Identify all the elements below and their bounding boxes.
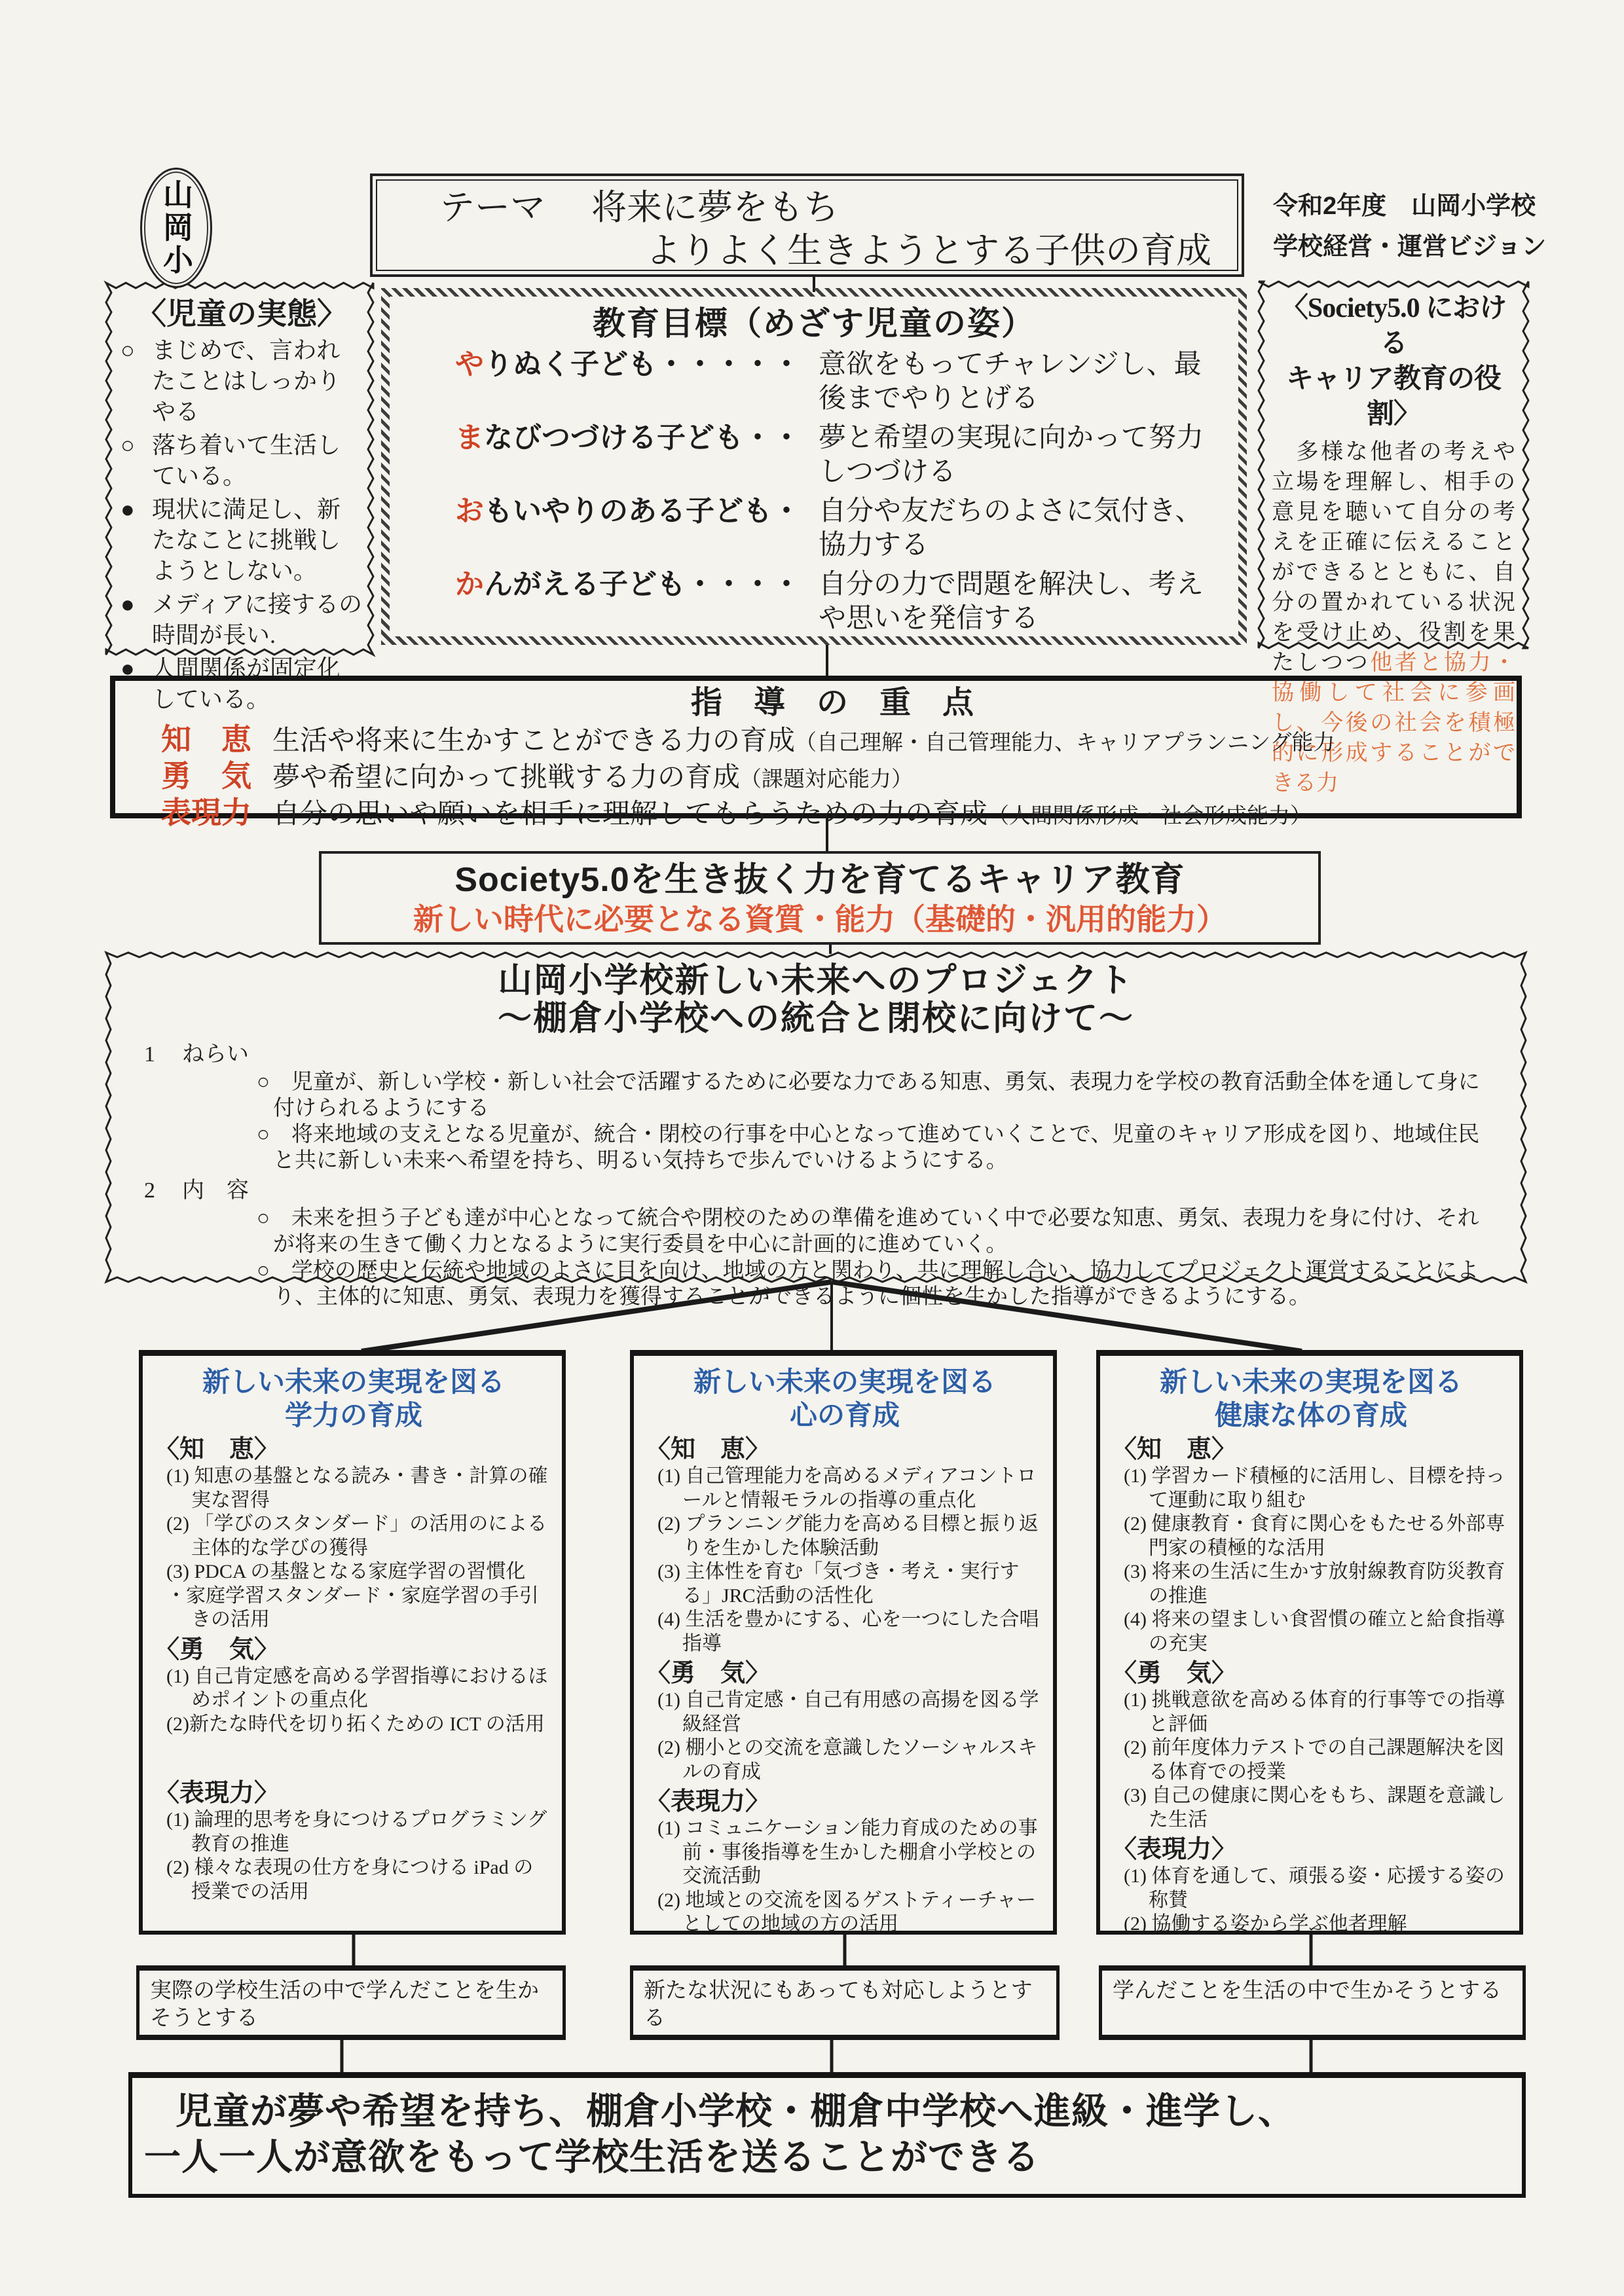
column-item: (1) 体育を通して、頑張る姿・応援する姿の称賛	[1112, 1865, 1510, 1912]
priority-main: 自分の思いや願いを相手に理解してもらうための力の育成	[272, 799, 987, 829]
goal-description: 意欲をもってチャレンジし、最後までやりとげる	[819, 348, 1238, 416]
final-goal-line2: 一人一人が意欲をもって学校生活を送ることができる	[144, 2134, 1509, 2180]
final-goal-line1: 児童が夢や希望を持ち、棚倉小学校・棚倉中学校へ進級・進学し、	[144, 2088, 1509, 2134]
section-number: 2	[144, 1176, 182, 1205]
project-title-line2: ～棚倉小学校への統合と閉校に向けて～	[132, 1000, 1500, 1038]
priority-note: （人間関係形成・社会形成能力）	[987, 805, 1312, 828]
future-project-box: 山岡小学校新しい未来へのプロジェクト ～棚倉小学校への統合と閉校に向けて～ 1ね…	[106, 953, 1526, 1282]
column-item: (2) プランニング能力を高める目標と振り返りを生かした体験活動	[646, 1512, 1044, 1560]
section-head-courage: 〈勇 気〉	[155, 1635, 553, 1665]
goal-initial: ま	[455, 422, 484, 454]
theme-label: テーマ	[439, 188, 545, 227]
career-education-band: Society5.0を生き抜く力を育てるキャリア教育 新しい時代に必要となる資質…	[319, 851, 1321, 945]
column-item: (1) 知恵の基盤となる読み・書き・計算の確実な習得	[155, 1465, 553, 1512]
circle-bullet: ○	[120, 335, 152, 366]
project-section2-head: 2内 容	[132, 1176, 1500, 1205]
column-item: (2) 様々な表現の仕方を身につける iPad の授業での活用	[155, 1856, 553, 1904]
priority-label-expression: 表現力	[161, 796, 272, 829]
section-head-wisdom: 〈知 恵〉	[155, 1434, 553, 1465]
masthead: 令和2年度 山岡小学校 学校経営・運営ビジョン	[1273, 186, 1555, 267]
column-item: (3) 自己の健康に関心をもち、課題を意識した生活	[1112, 1784, 1510, 1832]
goal-name: やりぬく子ども・・・・・	[455, 348, 819, 416]
column-item: (3) 将来の生活に生かす放射線教育防災教育の推進	[1112, 1560, 1510, 1608]
priority-row: 表現力 自分の思いや願いを相手に理解してもらうための力の育成（人間関係形成・社会…	[161, 796, 1504, 833]
theme-line1: テーマ将来に夢をもち	[377, 186, 1237, 229]
student-reality-item-text: メディアに接するの時間が長い.	[152, 591, 362, 648]
school-emblem-text: 山岡小	[155, 179, 198, 277]
column-item: (4) 生活を豊かにする、心を一つにした合唱指導	[646, 1608, 1044, 1656]
outcome-box-academic: 実際の学校生活の中で学んだことを生かそうとする	[136, 1965, 566, 2040]
priority-main: 生活や将来に生かすことができる力の育成	[272, 726, 795, 756]
column-item: (3) 主体性を育む「気づき・考え・実行する」JRC活動の活性化	[646, 1560, 1044, 1608]
student-reality-item-text: 落ち着いて生活している。	[152, 432, 341, 489]
masthead-year-school: 令和2年度 山岡小学校	[1273, 186, 1555, 227]
education-goals-inner: 教育目標（めざす児童の姿） やりぬく子ども・・・・・ 意欲をもってチャレンジし、…	[390, 297, 1238, 636]
column-item: (3) PDCA の基盤となる家庭学習の習慣化	[155, 1560, 553, 1584]
column-item: (2) 協働する姿から学ぶ他者理解	[1112, 1912, 1510, 1937]
society5-role-title: 〈Society5.0 における キャリア教育の役割〉	[1272, 291, 1515, 432]
theme-line2: よりよく生きようとする子供の育成	[377, 229, 1237, 272]
section-number: 1	[144, 1040, 182, 1069]
school-emblem-logo: 山岡小	[140, 168, 212, 288]
dot-bullet: ●	[120, 589, 152, 620]
section-head-wisdom: 〈知 恵〉	[1112, 1434, 1510, 1465]
column-item: (1) 自己肯定感・自己有用感の高揚を図る学級経営	[646, 1688, 1044, 1736]
column-title-line2: 健康な体の育成	[1112, 1398, 1510, 1432]
column-item: (1) コミュニケーション能力育成のための事前・事後指導を生かした棚倉小学校との…	[646, 1817, 1044, 1889]
priority-row: 知 恵 生活や将来に生かすことができる力の育成（自己理解・自己管理能力、キャリア…	[161, 723, 1504, 759]
section-head-expression: 〈表現力〉	[155, 1778, 553, 1808]
column-title: 新しい未来の実現を図る 学力の育成	[155, 1365, 553, 1432]
vision-document-page: 山岡小 テーマ将来に夢をもち よりよく生きようとする子供の育成 令和2年度 山岡…	[0, 0, 1624, 2296]
goal-name-rest: りぬく子ども・・・・・	[484, 348, 801, 380]
outcome-box-heart: 新たな状況にもあっても対応しようとする	[630, 1965, 1060, 2040]
society5-role-title-line1: 〈Society5.0 における	[1272, 291, 1515, 361]
column-title-line1: 新しい未来の実現を図る	[155, 1365, 553, 1398]
project-content-item: ○ 学校の歴史と伝統や地域のよさに目を向け、地域の方と関わり、共に理解し合い、協…	[132, 1258, 1500, 1310]
column-item: (4) 将来の望ましい食習慣の確立と給食指導の充実	[1112, 1608, 1510, 1656]
column-item: ・家庭学習スタンダード・家庭学習の手引きの活用	[155, 1584, 553, 1632]
society5-role-box: 〈Society5.0 における キャリア教育の役割〉 多様な他者の考えや立場を…	[1259, 282, 1528, 648]
final-goal-banner: 児童が夢や希望を持ち、棚倉小学校・棚倉中学校へ進級・進学し、 一人一人が意欲をも…	[128, 2072, 1526, 2198]
section-head-courage: 〈勇 気〉	[646, 1658, 1044, 1688]
priority-main: 夢や希望に向かって挑戦する力の育成	[272, 763, 740, 793]
column-heart-development: 新しい未来の実現を図る 心の育成 〈知 恵〉 (1) 自己管理能力を高めるメディ…	[630, 1350, 1057, 1935]
student-reality-item: ●メディアに接するの時間が長い.	[120, 589, 363, 651]
column-item: (2) 健康教育・食育に関心をもたせる外部専門家の積極的な活用	[1112, 1512, 1510, 1560]
theme-line1-text: 将来に夢をもち	[591, 188, 839, 227]
column-item: (1) 挑戦意欲を高める体育的行事等での指導と評価	[1112, 1688, 1510, 1736]
student-reality-item: ○落ち着いて生活している。	[120, 430, 363, 492]
priority-text: 自分の思いや願いを相手に理解してもらうための力の育成（人間関係形成・社会形成能力…	[272, 798, 1312, 833]
priority-note: （課題対応能力）	[740, 768, 913, 792]
project-content-item: ○ 未来を担う子ども達が中心となって統合や閉校のための準備を進めていく中で必要な…	[132, 1205, 1500, 1258]
goal-row: やりぬく子ども・・・・・ 意欲をもってチャレンジし、最後までやりとげる	[390, 348, 1238, 416]
column-title-line1: 新しい未来の実現を図る	[1112, 1365, 1510, 1398]
teaching-priorities-box: 指 導 の 重 点 知 恵 生活や将来に生かすことができる力の育成（自己理解・自…	[110, 676, 1522, 818]
goal-initial: か	[455, 568, 484, 600]
masthead-doc-title: 学校経営・運営ビジョン	[1273, 227, 1555, 267]
priority-text: 夢や希望に向かって挑戦する力の育成（課題対応能力）	[272, 761, 913, 796]
goal-row: まなびつづける子ども・・ 夢と希望の実現に向かって努力しつづける	[390, 421, 1238, 489]
goal-row: かんがえる子ども・・・・ 自分の力で問題を解決し、考えや思いを発信する	[390, 568, 1238, 636]
column-item: (1) 自己管理能力を高めるメディアコントロールと情報モラルの指導の重点化	[646, 1465, 1044, 1512]
goal-name-rest: んがえる子ども・・・・	[484, 568, 801, 600]
society5-role-body-black: 多様な他者の考えや立場を理解し、相手の意見を聴いて自分の考えを正確に伝えることが…	[1272, 440, 1515, 675]
project-title-line1: 山岡小学校新しい未来へのプロジェクト	[132, 962, 1500, 1000]
society5-role-title-line2: キャリア教育の役割〉	[1272, 361, 1515, 432]
goal-name-rest: なびつづける子ども・・	[484, 422, 801, 454]
section-heading: ねらい	[182, 1042, 249, 1066]
goal-description: 夢と希望の実現に向かって努力しつづける	[819, 421, 1238, 489]
student-reality-box: 〈児童の実態〉 ○まじめで、言われたことはしっかりやる ○落ち着いて生活している…	[106, 283, 373, 655]
student-reality-item: ●現状に満足し、新たなことに挑戦しようとしない。	[120, 494, 363, 587]
column-title-line2: 学力の育成	[155, 1398, 553, 1432]
goal-initial: お	[455, 495, 484, 527]
section-head-expression: 〈表現力〉	[1112, 1834, 1510, 1865]
theme-box-inner: テーマ将来に夢をもち よりよく生きようとする子供の育成	[376, 179, 1238, 271]
section-head-wisdom: 〈知 恵〉	[646, 1434, 1044, 1465]
column-item: (2) 棚小との交流を意識したソーシャルスキルの育成	[646, 1736, 1044, 1784]
teaching-priorities-title: 指 導 の 重 点	[161, 683, 1504, 723]
column-healthy-body: 新しい未来の実現を図る 健康な体の育成 〈知 恵〉 (1) 学習カード積極的に活…	[1096, 1350, 1523, 1935]
column-academic-ability: 新しい未来の実現を図る 学力の育成 〈知 恵〉 (1) 知恵の基盤となる読み・書…	[139, 1350, 566, 1935]
priority-note: （自己理解・自己管理能力、キャリアプランニング能力	[795, 731, 1335, 755]
project-aim-item: ○ 将来地域の支えとなる児童が、統合・閉校の行事を中心となって進めていくことで、…	[132, 1121, 1500, 1174]
goal-description: 自分の力で問題を解決し、考えや思いを発信する	[819, 568, 1238, 636]
dot-bullet: ●	[120, 494, 152, 525]
priority-row: 勇 気 夢や希望に向かって挑戦する力の育成（課題対応能力）	[161, 759, 1504, 796]
circle-bullet: ○	[120, 430, 152, 461]
theme-box: テーマ将来に夢をもち よりよく生きようとする子供の育成	[370, 173, 1244, 277]
student-reality-item-text: まじめで、言われたことはしっかりやる	[152, 337, 341, 425]
priority-label-wisdom: 知 恵	[161, 723, 272, 756]
column-item: (1) 自己肯定感を高める学習指導におけるほめポイントの重点化	[155, 1665, 553, 1713]
goal-name: おもいやりのある子ども・	[455, 494, 819, 562]
section-heading: 内 容	[182, 1178, 249, 1203]
column-item: (2) 地域との交流を図るゲストティーチャーとしての地域の方の活用	[646, 1889, 1044, 1937]
priority-text: 生活や将来に生かすことができる力の育成（自己理解・自己管理能力、キャリアプランニ…	[272, 725, 1335, 759]
column-title-line2: 心の育成	[646, 1398, 1044, 1432]
outcome-box-body: 学んだことを生活の中で生かそうとする	[1099, 1965, 1526, 2040]
goal-row: おもいやりのある子ども・ 自分や友だちのよさに気付き、協力する	[390, 494, 1238, 562]
priority-label-courage: 勇 気	[161, 759, 272, 792]
column-item: (1) 学習カード積極的に活用し、目標を持って運動に取り組む	[1112, 1465, 1510, 1512]
column-item: (2) 前年度体力テストでの自己課題解決を図る体育での授業	[1112, 1736, 1510, 1784]
goal-name: かんがえる子ども・・・・	[455, 568, 819, 636]
project-aim-item: ○ 児童が、新しい学校・新しい社会で活躍するために必要な力である知恵、勇気、表現…	[132, 1069, 1500, 1121]
student-reality-title: 〈児童の実態〉	[120, 295, 363, 333]
column-item: (1) 論理的思考を身につけるプログラミング教育の推進	[155, 1808, 553, 1856]
goal-description: 自分や友だちのよさに気付き、協力する	[819, 494, 1238, 562]
section-head-courage: 〈勇 気〉	[1112, 1658, 1510, 1688]
career-band-line2: 新しい時代に必要となる資質・能力（基礎的・汎用的能力）	[322, 901, 1318, 938]
student-reality-item-text: 現状に満足し、新たなことに挑戦しようとしない。	[152, 496, 341, 584]
education-goals-box: 教育目標（めざす児童の姿） やりぬく子ども・・・・・ 意欲をもってチャレンジし、…	[381, 288, 1247, 645]
goal-name: まなびつづける子ども・・	[455, 421, 819, 489]
goal-name-rest: もいやりのある子ども・	[484, 495, 801, 527]
education-goals-title: 教育目標（めざす児童の姿）	[390, 304, 1238, 342]
column-title: 新しい未来の実現を図る 心の育成	[646, 1365, 1044, 1432]
career-band-line1: Society5.0を生き抜く力を育てるキャリア教育	[322, 859, 1318, 901]
project-section1-head: 1ねらい	[132, 1040, 1500, 1069]
student-reality-item: ○まじめで、言われたことはしっかりやる	[120, 335, 363, 428]
goal-initial: や	[455, 348, 484, 380]
column-item: (2) 「学びのスタンダード」の活用のによる主体的な学びの獲得	[155, 1512, 553, 1560]
column-title-line1: 新しい未来の実現を図る	[646, 1365, 1044, 1398]
column-item: (2)新たな時代を切り拓くための ICT の活用	[155, 1713, 553, 1737]
column-title: 新しい未来の実現を図る 健康な体の育成	[1112, 1365, 1510, 1432]
section-head-expression: 〈表現力〉	[646, 1787, 1044, 1817]
